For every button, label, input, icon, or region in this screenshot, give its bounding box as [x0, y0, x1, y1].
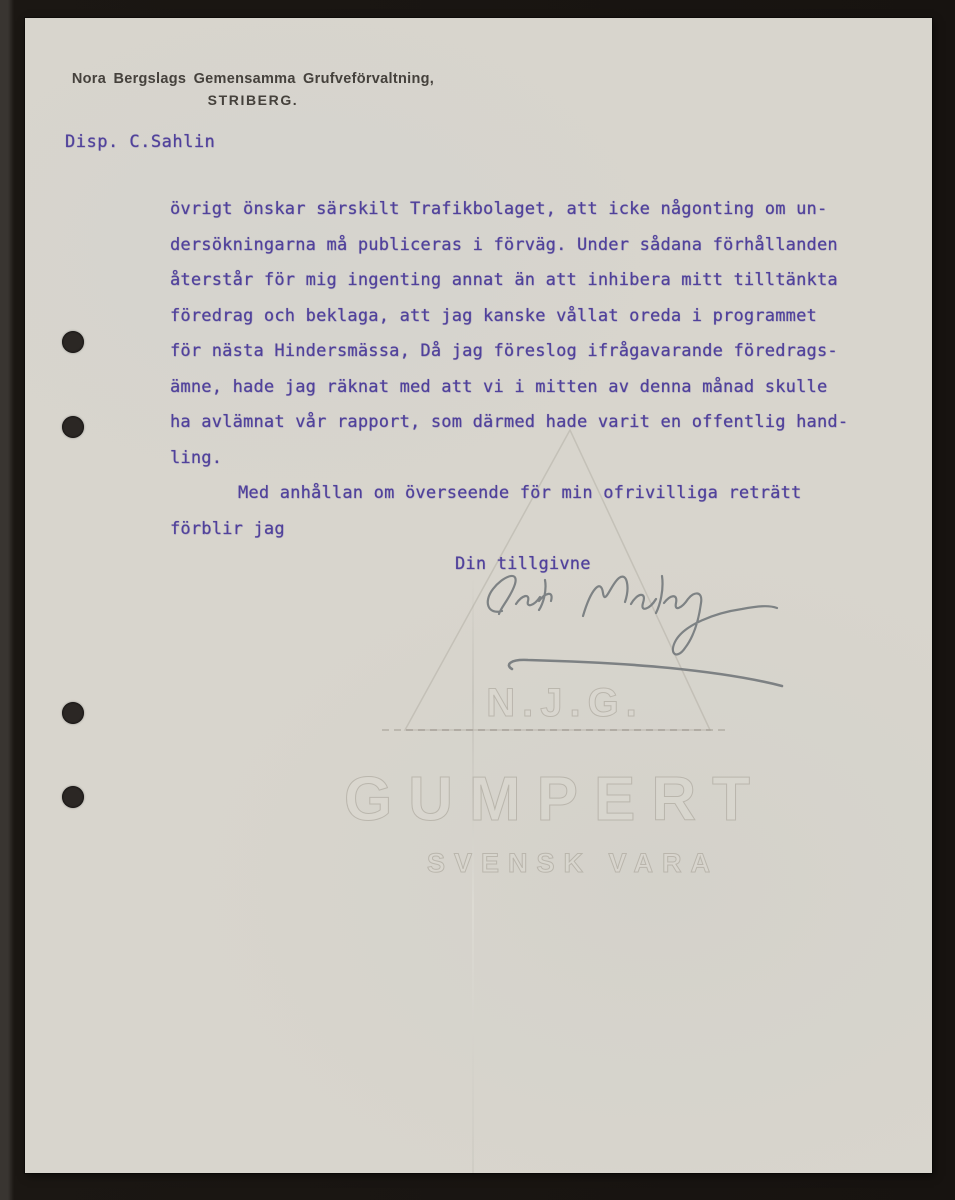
closing-line-1: Med anhållan om överseende för min ofriv…	[170, 476, 860, 512]
body-line: för nästa Hindersmässa, Då jag föreslog …	[170, 334, 860, 370]
punch-hole-4	[62, 786, 84, 808]
punch-hole-3	[62, 702, 84, 724]
letterhead-place: STRIBERG.	[68, 92, 438, 108]
watermark-tagline: SVENSK VARA	[427, 848, 719, 878]
watermark-brand: GUMPERT	[344, 765, 766, 834]
body-line: ling.	[170, 441, 860, 477]
punch-hole-2	[62, 416, 84, 438]
signature-handwriting	[470, 555, 815, 695]
closing-line-2: förblir jag	[170, 512, 860, 548]
body-line: ha avlämnat vår rapport, som därmed hade…	[170, 405, 860, 441]
body-line: föredrag och beklaga, att jag kanske vål…	[170, 299, 860, 335]
recipient-line: Disp. C.Sahlin	[65, 132, 215, 152]
scanned-letter-photo: N.J.G. GUMPERT SVENSK VARA Nora Bergslag…	[0, 0, 955, 1200]
body-line: dersökningarna må publiceras i förväg. U…	[170, 228, 860, 264]
letter-paper: N.J.G. GUMPERT SVENSK VARA Nora Bergslag…	[25, 18, 932, 1173]
signature-underline	[509, 660, 782, 686]
body-line: ämne, hade jag räknat med att vi i mitte…	[170, 370, 860, 406]
letter-body: övrigt önskar särskilt Trafikbolaget, at…	[170, 192, 860, 583]
punch-hole-1	[62, 331, 84, 353]
body-line: återstår för mig ingenting annat än att …	[170, 263, 860, 299]
body-line: övrigt önskar särskilt Trafikbolaget, at…	[170, 192, 860, 228]
letterhead-company: Nora Bergslags Gemensamma Grufveförvaltn…	[68, 71, 438, 87]
letterhead: Nora Bergslags Gemensamma Grufveförvaltn…	[68, 71, 438, 108]
signature-strokes	[488, 576, 777, 654]
